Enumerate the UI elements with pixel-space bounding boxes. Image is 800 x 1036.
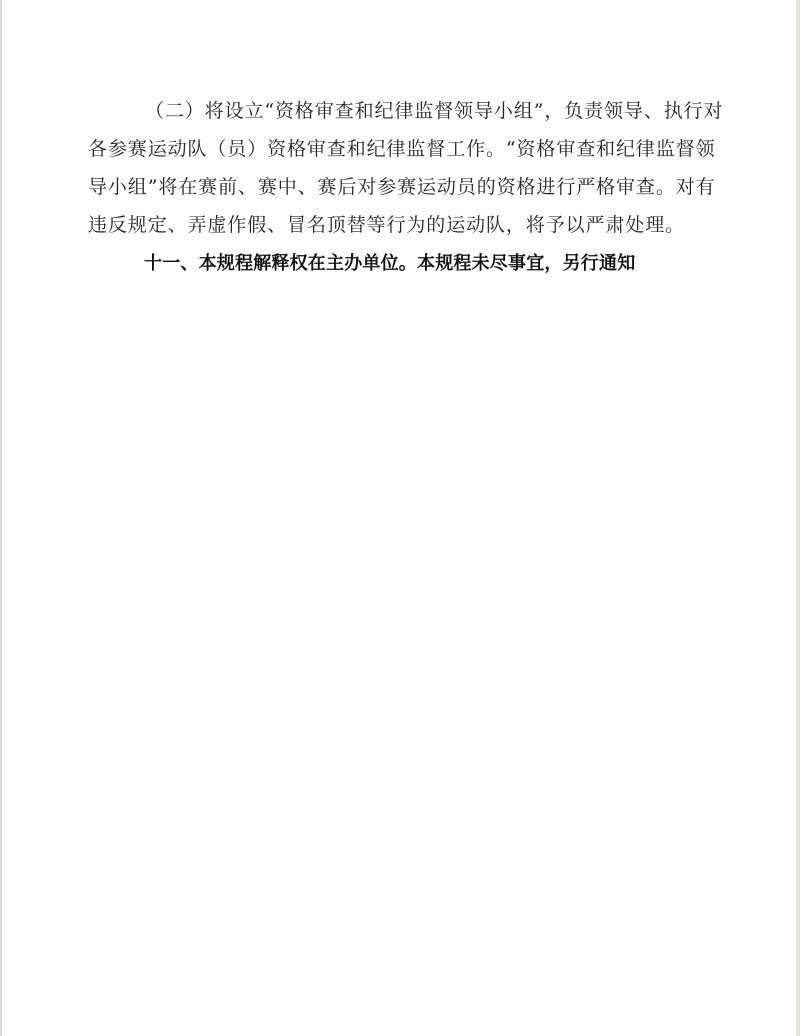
document-page: （二）将设立“资格审查和纪律监督领导小组”，负责领导、执行对 各参赛运动队（员）… <box>0 0 800 1036</box>
section-heading-eleven: 十一、本规程解释权在主办单位。本规程未尽事宜，另行通知 <box>144 252 635 276</box>
paragraph-line-4: 违反规定、弄虚作假、冒名顶替等行为的运动队，将予以严肃处理。 <box>88 213 685 237</box>
paragraph-line-1: （二）将设立“资格审查和纪律监督领导小组”，负责领导、执行对 <box>145 99 723 123</box>
paragraph-line-3: 导小组”将在赛前、赛中、赛后对参赛运动员的资格进行严格审查。对有 <box>88 175 716 199</box>
paragraph-line-2: 各参赛运动队（员）资格审查和纪律监督工作。“资格审查和纪律监督领 <box>88 137 716 161</box>
